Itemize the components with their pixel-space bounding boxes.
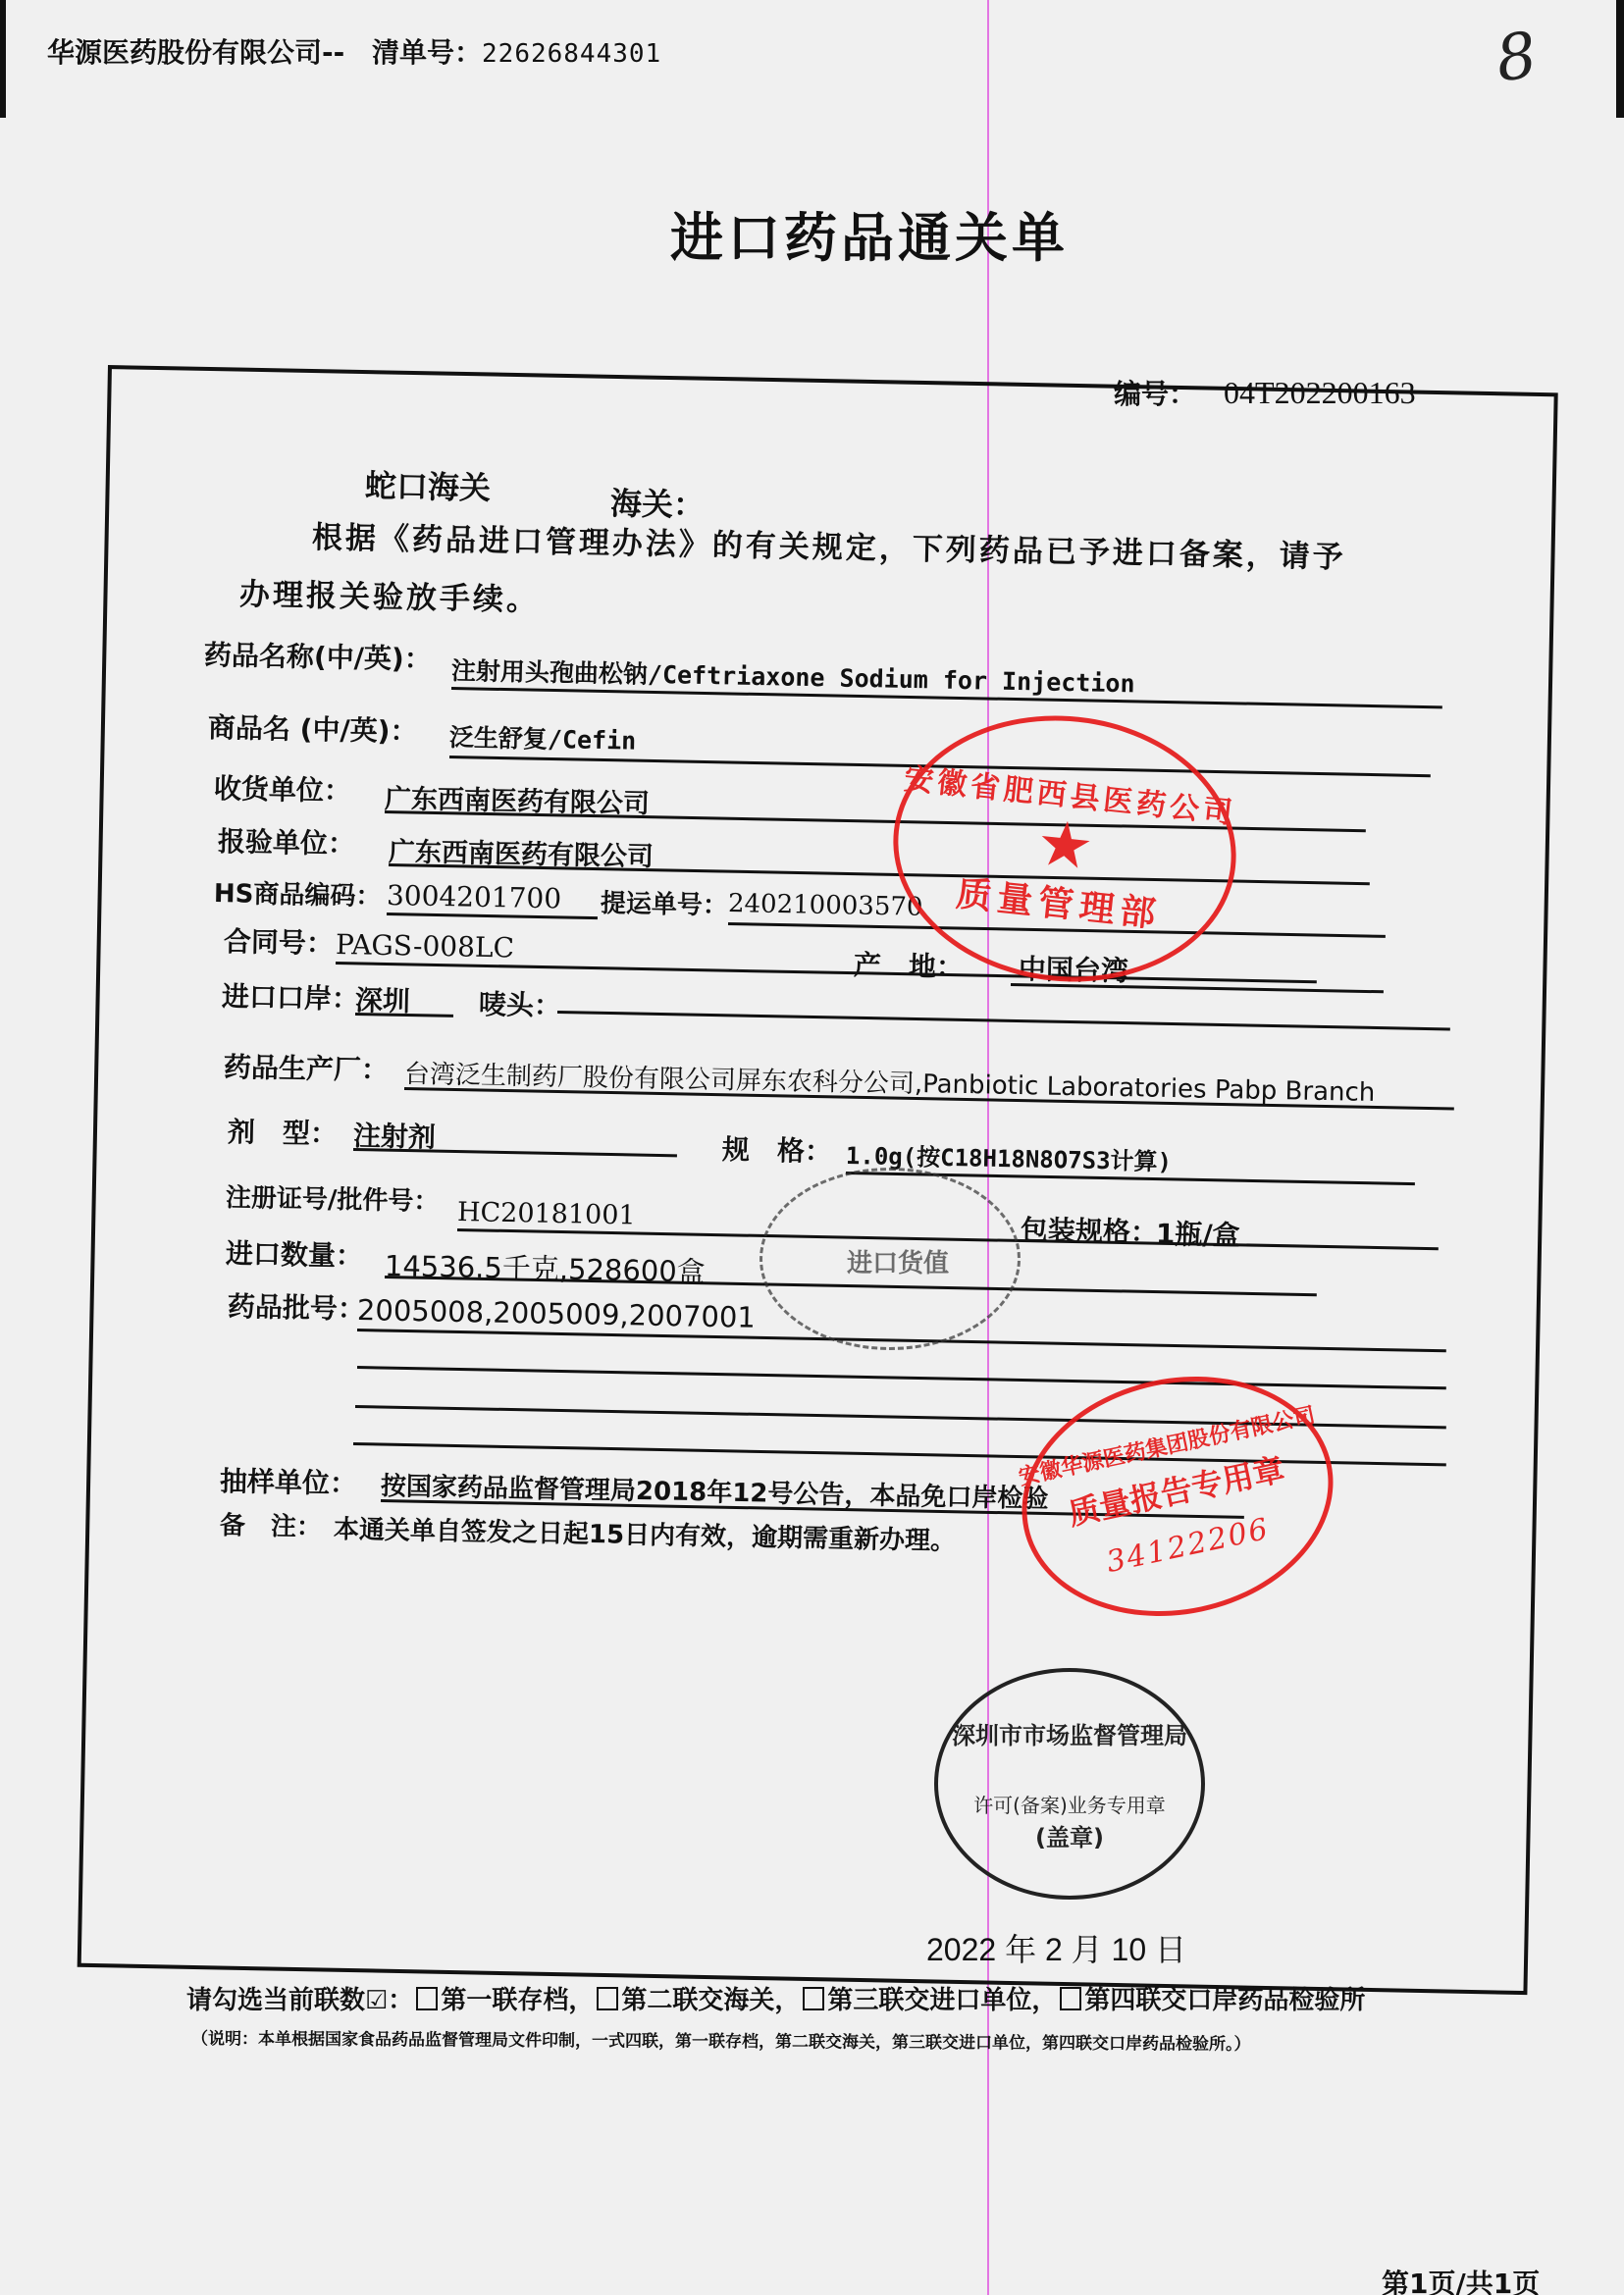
list-number: 22626844301 <box>482 39 661 69</box>
document-number: 编号：04T202200163 <box>1114 373 1416 412</box>
handwritten-page-mark: 8 <box>1492 20 1542 97</box>
preamble-line-2: 办理报关验放手续。 <box>239 569 541 619</box>
list-number-label: 清单号： <box>372 36 482 69</box>
header-line: 华源医药股份有限公司-- 清单号：22626844301 <box>47 31 661 71</box>
port-of-entry-label: 进口口岸： <box>222 975 360 1017</box>
checkbox-copy-3[interactable] <box>803 1987 824 2010</box>
trade-name-label: 商品名 (中/英)： <box>208 706 418 750</box>
stamp-text: (盖章) <box>1035 1818 1104 1852</box>
checkbox-copy-2[interactable] <box>597 1987 618 2010</box>
stamp-text: 进口货值 <box>847 1243 949 1279</box>
stamp-text: 许可(备案)业务专用章 <box>973 1790 1166 1818</box>
package-spec-label: 包装规格： <box>1021 1209 1159 1251</box>
scan-edge-right <box>1616 0 1624 118</box>
trade-name-value: 泛生舒复/Cefin <box>449 718 637 757</box>
copy-1-label: 第一联存档， <box>441 1986 594 2015</box>
stamp-shenzhen-market-supervision: 深圳市市场监督管理局 许可(备案)业务专用章 (盖章) <box>934 1668 1205 1900</box>
copy-prompt: 请勾选当前联数☑： <box>186 1986 413 2015</box>
stamp-text: 质量管理部 <box>954 865 1164 937</box>
import-quantity-label: 进口数量： <box>226 1232 364 1275</box>
stamp-text: 深圳市市场监督管理局 <box>952 1716 1187 1750</box>
copy-3-label: 第三联交进口单位， <box>827 1986 1057 2015</box>
inspection-applicant-label: 报验单位： <box>218 820 356 862</box>
copy-selection: 请勾选当前联数☑：第一联存档，第二联交海关，第三联交进口单位，第四联交口岸药品检… <box>186 1980 1365 2016</box>
contract-no-value: PAGS-008LC <box>336 928 515 964</box>
hs-code-label: HS商品编码： <box>214 873 382 913</box>
checkbox-copy-4[interactable] <box>1060 1987 1081 2010</box>
bill-of-lading-value: 240210003570 <box>728 889 923 922</box>
scan-edge-left <box>0 0 6 118</box>
footer-note: （说明：本单根据国家食品药品监督管理局文件印制，一式四联，第一联存档，第二联交海… <box>191 2024 1251 2055</box>
star-icon: ★ <box>1033 811 1096 880</box>
contract-no-label: 合同号： <box>224 920 335 962</box>
package-spec-value: 1瓶/盒 <box>1156 1213 1240 1254</box>
origin-label: 产 地： <box>854 944 965 985</box>
page-indicator: 第1页/共1页 <box>1382 2263 1540 2295</box>
manufacturer-label: 药品生产厂： <box>224 1046 390 1088</box>
hs-code-value: 3004201700 <box>387 879 562 914</box>
registration-no-value: HC20181001 <box>457 1197 636 1230</box>
signature-date: 2022 年 2 月 10 日 <box>926 1925 1186 1970</box>
mark-label: 唛头： <box>479 983 562 1024</box>
dosage-form-label: 剂 型： <box>228 1111 339 1152</box>
copy-2-label: 第二联交海关， <box>621 1986 800 2015</box>
document-number-value: 04T202200163 <box>1224 375 1416 410</box>
checkbox-copy-1[interactable] <box>416 1987 438 2010</box>
batch-numbers-label: 药品批号： <box>228 1285 366 1328</box>
document-number-label: 编号： <box>1114 378 1196 410</box>
copy-4-label: 第四联交口岸药品检验所 <box>1084 1986 1365 2015</box>
registration-no-label: 注册证号/批件号： <box>226 1177 440 1218</box>
drug-name-label: 药品名称(中/英)： <box>204 634 433 677</box>
sampling-unit-label: 抽样单位： <box>220 1460 358 1502</box>
company-name: 华源医药股份有限公司-- <box>47 36 344 69</box>
specification-label: 规 格： <box>722 1128 833 1170</box>
customs-name: 蛇口海关 <box>365 461 492 508</box>
bill-of-lading-label: 提运单号： <box>601 883 729 921</box>
stamp-faint-quality: 进口货值 <box>760 1168 1021 1350</box>
document-title: 进口药品通关单 <box>670 196 1069 272</box>
remarks-label: 备 注： <box>220 1505 323 1543</box>
consignee-label: 收货单位： <box>214 767 352 809</box>
